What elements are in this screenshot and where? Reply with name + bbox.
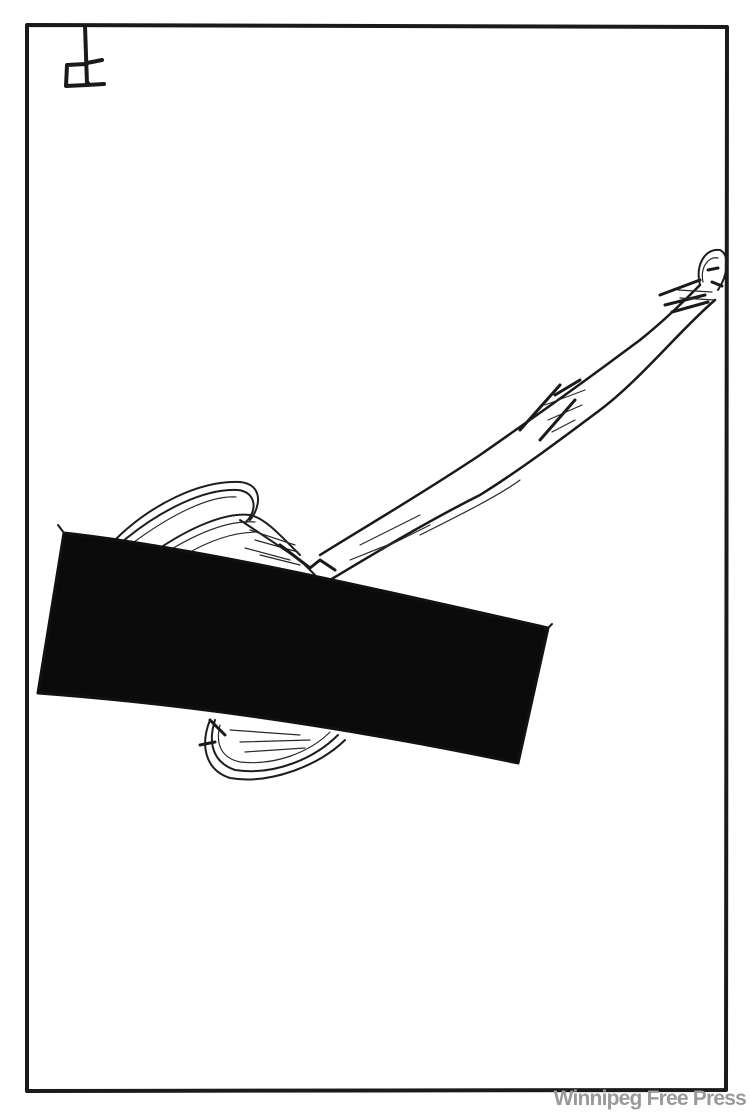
outstretched-arm bbox=[320, 250, 727, 580]
watermark-text: Winnipeg Free Press bbox=[554, 1087, 746, 1111]
corner-mark-icon bbox=[66, 26, 104, 86]
sketch-artwork bbox=[0, 0, 750, 1113]
censor-bar bbox=[38, 525, 552, 763]
lower-figure-strokes bbox=[200, 720, 345, 779]
